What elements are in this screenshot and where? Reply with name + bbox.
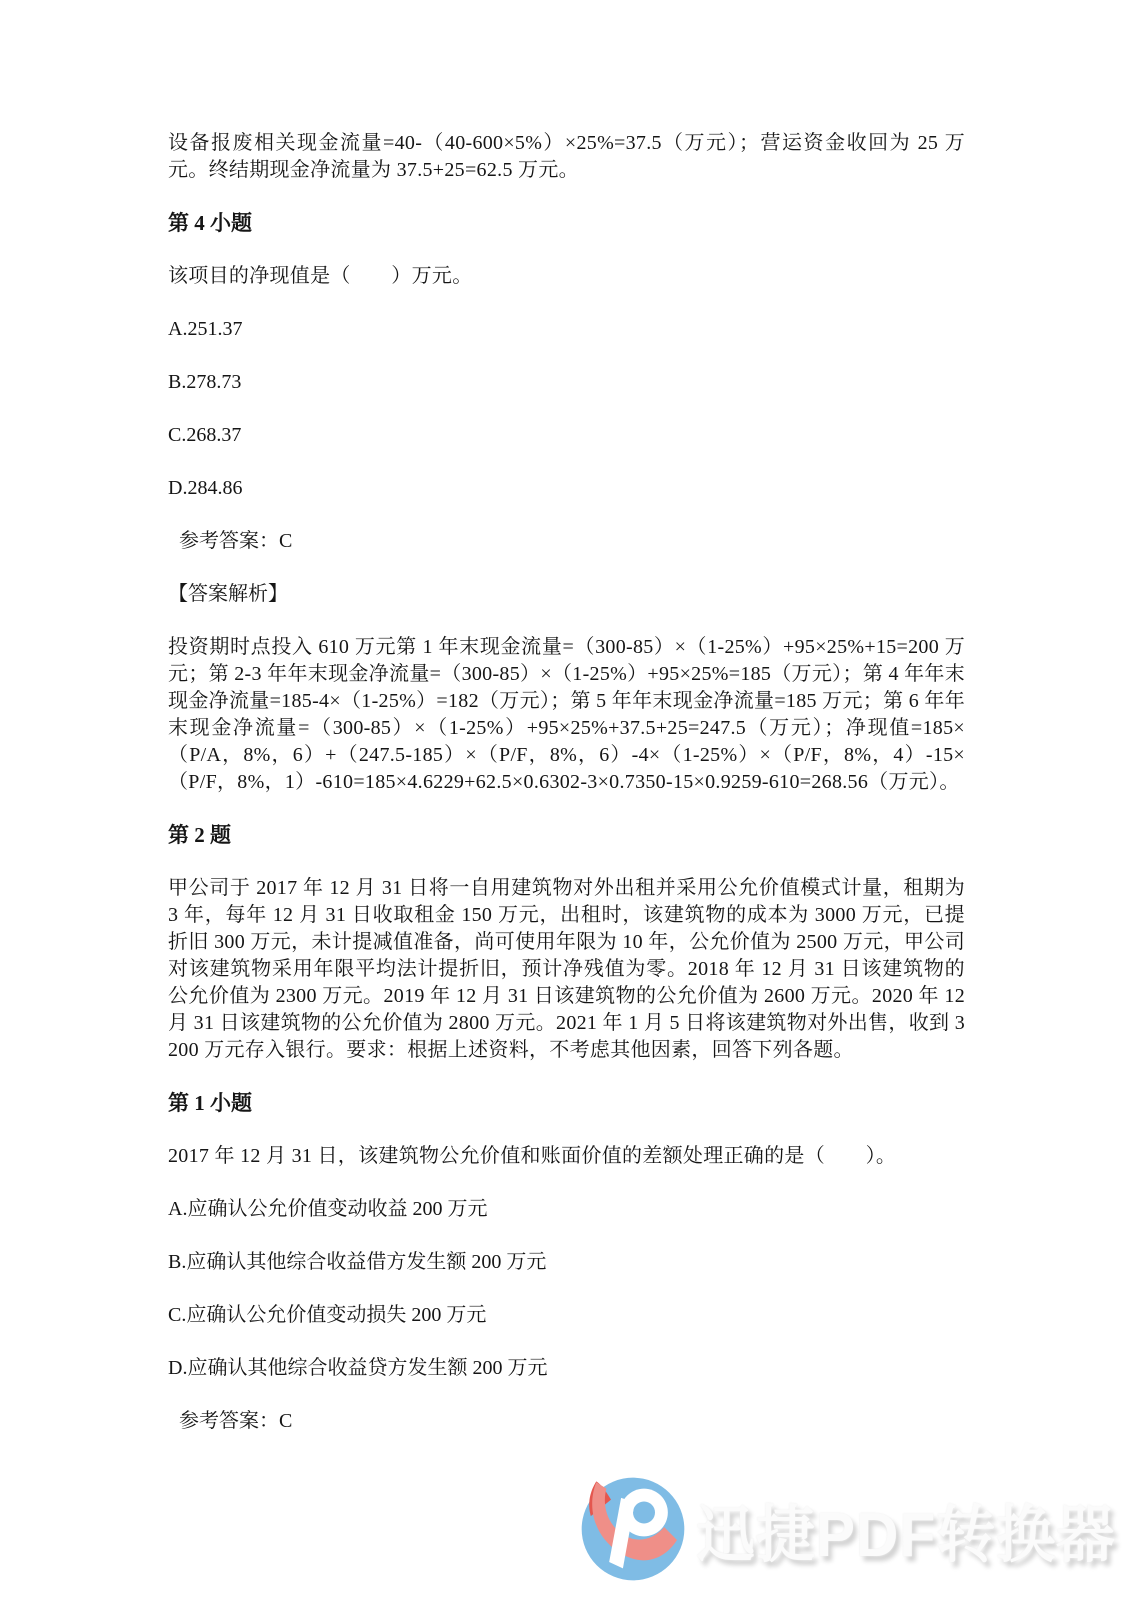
answer-analysis-heading: 【答案解析】 [168, 581, 965, 608]
pdf-converter-watermark: 迅捷PDF转换器 [578, 1474, 1131, 1584]
sub-question-4-heading: 第 4 小题 [168, 210, 965, 237]
sub-question-4-analysis: 投资期时点投入 610 万元第 1 年末现金流量=（300-85）×（1-25%… [168, 634, 965, 796]
sub-question-1-stem: 2017 年 12 月 31 日，该建筑物公允价值和账面价值的差额处理正确的是（… [168, 1143, 965, 1170]
sub-question-4-option-b: B.278.73 [168, 369, 965, 396]
pdf-converter-logo-icon [578, 1474, 688, 1584]
sub-question-1-reference-answer: 参考答案：C [168, 1408, 965, 1435]
sub-question-1-option-d: D.应确认其他综合收益贷方发生额 200 万元 [168, 1355, 965, 1382]
question-2-heading: 第 2 题 [168, 822, 965, 849]
sub-question-4-reference-answer: 参考答案：C [168, 528, 965, 555]
sub-question-1-option-a: A.应确认公允价值变动收益 200 万元 [168, 1196, 965, 1223]
sub-question-4-option-c: C.268.37 [168, 422, 965, 449]
question-2-stem: 甲公司于 2017 年 12 月 31 日将一自用建筑物对外出租并采用公允价值模… [168, 875, 965, 1064]
pdf-converter-brand-text: 迅捷PDF转换器 [696, 1485, 1116, 1574]
sub-question-4-stem: 该项目的净现值是（ ）万元。 [168, 263, 965, 290]
sub-question-4-option-d: D.284.86 [168, 475, 965, 502]
sub-question-1-option-b: B.应确认其他综合收益借方发生额 200 万元 [168, 1249, 965, 1276]
sub-question-4-option-a: A.251.37 [168, 316, 965, 343]
analysis-tail-paragraph: 设备报废相关现金流量=40-（40-600×5%）×25%=37.5（万元）；营… [168, 130, 965, 184]
document-page: 设备报废相关现金流量=40-（40-600×5%）×25%=37.5（万元）；营… [168, 130, 965, 1461]
sub-question-1-option-c: C.应确认公允价值变动损失 200 万元 [168, 1302, 965, 1329]
sub-question-1-heading: 第 1 小题 [168, 1090, 965, 1117]
